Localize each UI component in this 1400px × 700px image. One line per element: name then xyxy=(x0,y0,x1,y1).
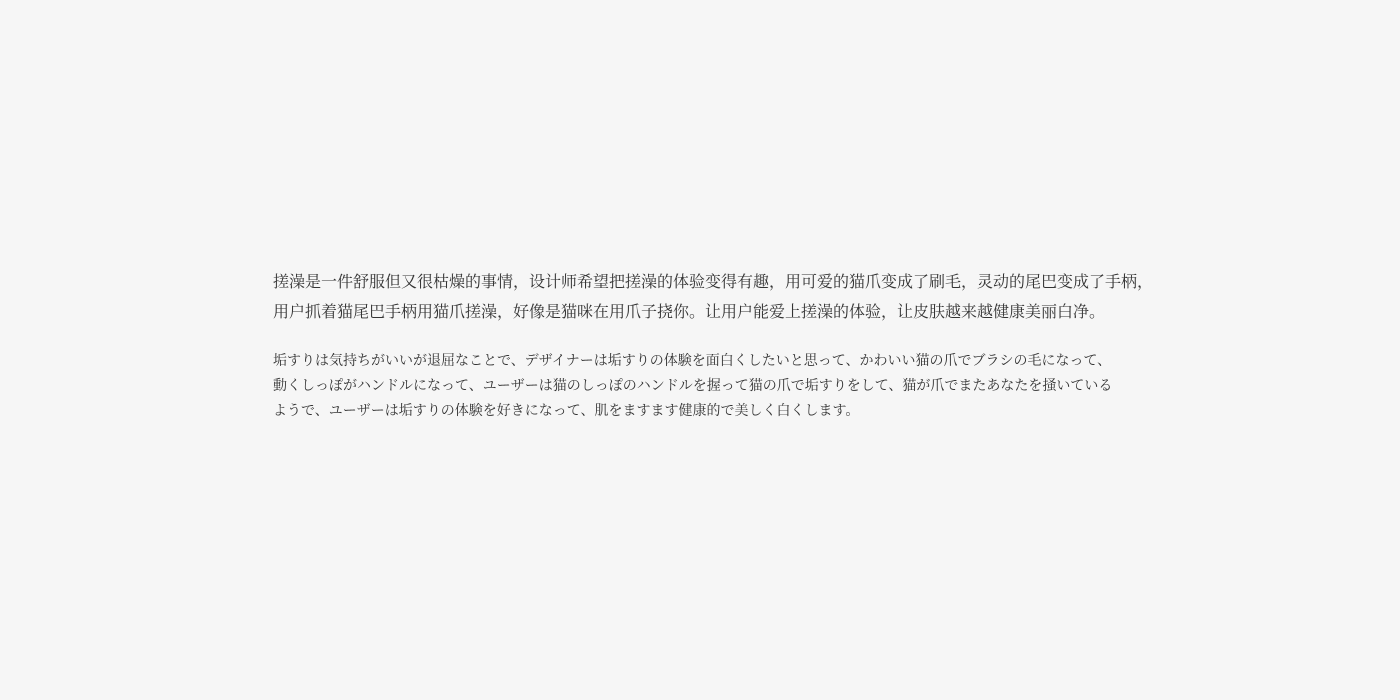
text-line: 垢すりは気持ちがいいが退屈なことで、デザイナーは垢すりの体験を面白くしたいと思っ… xyxy=(273,348,1112,373)
text-line: 用户抓着猫尾巴手柄用猫爪搓澡，好像是猫咪在用爪子挠你。让用户能爱上搓澡的体验，让… xyxy=(273,298,1153,328)
text-line: 動くしっぽがハンドルになって、ユーザーは猫のしっぽのハンドルを握って猫の爪で垢す… xyxy=(273,373,1112,398)
text-line: 搓澡是一件舒服但又很枯燥的事情，设计师希望把搓澡的体验变得有趣，用可爱的猫爪变成… xyxy=(273,268,1153,298)
paragraph-chinese: 搓澡是一件舒服但又很枯燥的事情，设计师希望把搓澡的体验变得有趣，用可爱的猫爪变成… xyxy=(273,268,1153,328)
paragraph-japanese: 垢すりは気持ちがいいが退屈なことで、デザイナーは垢すりの体験を面白くしたいと思っ… xyxy=(273,348,1112,423)
text-line: ようで、ユーザーは垢すりの体験を好きになって、肌をますます健康的で美しく白くしま… xyxy=(273,398,1112,423)
